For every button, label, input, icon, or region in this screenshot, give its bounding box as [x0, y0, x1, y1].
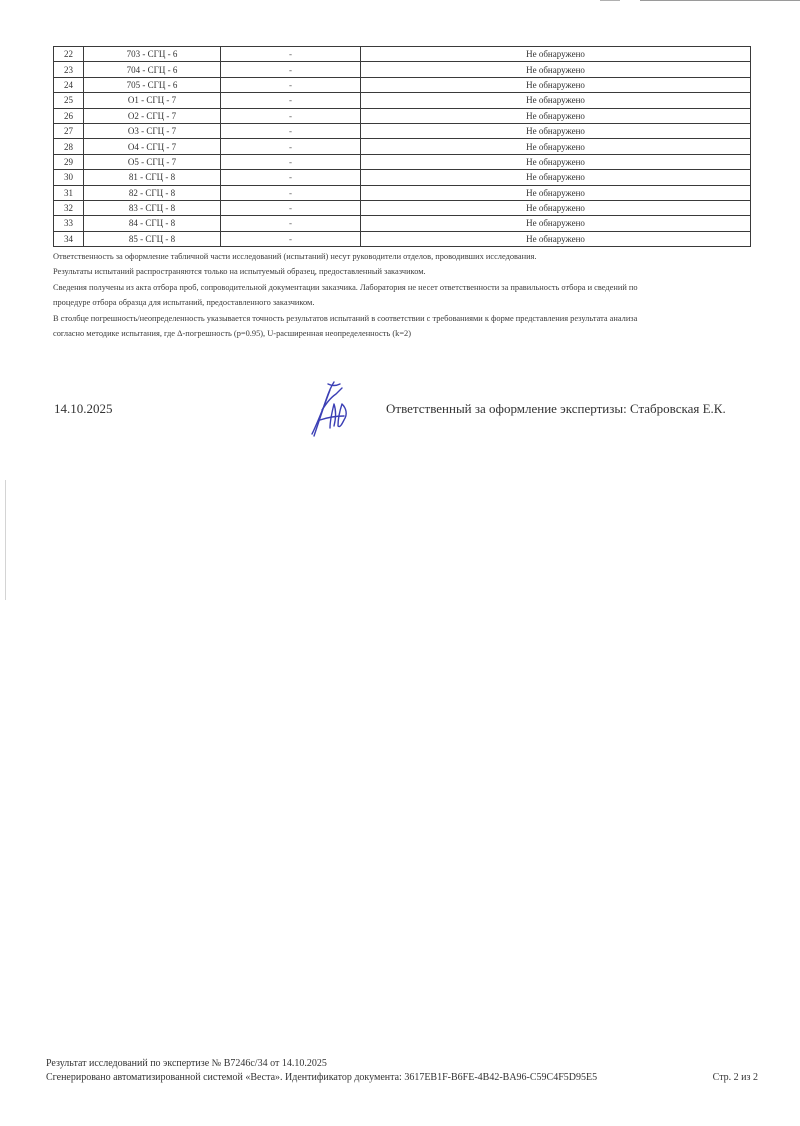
scan-artifact-top	[640, 0, 800, 1]
table-row: 22703 - СГЦ - 6-Не обнаружено	[54, 47, 751, 62]
table-row: 26O2 - СГЦ - 7-Не обнаружено	[54, 108, 751, 123]
measured-value: -	[221, 154, 361, 169]
measured-value: -	[221, 123, 361, 138]
result-value: Не обнаружено	[361, 216, 751, 231]
result-value: Не обнаружено	[361, 200, 751, 215]
result-value: Не обнаружено	[361, 154, 751, 169]
row-number: 26	[54, 108, 84, 123]
table-row: 3384 - СГЦ - 8-Не обнаружено	[54, 216, 751, 231]
row-number: 29	[54, 154, 84, 169]
sample-id: O3 - СГЦ - 7	[84, 123, 221, 138]
result-value: Не обнаружено	[361, 170, 751, 185]
page-footer: Результат исследований по экспертизе № В…	[46, 1057, 766, 1085]
row-number: 24	[54, 77, 84, 92]
sample-id: O4 - СГЦ - 7	[84, 139, 221, 154]
footer-doc-id: Сгенерировано автоматизированной системо…	[46, 1071, 597, 1085]
measured-value: -	[221, 185, 361, 200]
result-value: Не обнаружено	[361, 93, 751, 108]
measured-value: -	[221, 93, 361, 108]
sample-id: 81 - СГЦ - 8	[84, 170, 221, 185]
measured-value: -	[221, 77, 361, 92]
row-number: 28	[54, 139, 84, 154]
handwritten-signature-icon	[300, 376, 360, 440]
table-row: 24705 - СГЦ - 6-Не обнаружено	[54, 77, 751, 92]
table-row: 3283 - СГЦ - 8-Не обнаружено	[54, 200, 751, 215]
sample-id: 705 - СГЦ - 6	[84, 77, 221, 92]
page-number: Стр. 2 из 2	[713, 1071, 758, 1085]
table-row: 23704 - СГЦ - 6-Не обнаружено	[54, 62, 751, 77]
sample-id: 703 - СГЦ - 6	[84, 47, 221, 62]
notes-section: Ответственность за оформление табличной …	[53, 249, 763, 341]
results-table-body: 22703 - СГЦ - 6-Не обнаружено23704 - СГЦ…	[54, 47, 751, 247]
note-responsibility: Ответственность за оформление табличной …	[53, 249, 763, 264]
footer-expertise-ref: Результат исследований по экспертизе № В…	[46, 1057, 766, 1071]
responsible-person: Ответственный за оформление экспертизы: …	[386, 401, 726, 417]
table-row: 3485 - СГЦ - 8-Не обнаружено	[54, 231, 751, 246]
scan-artifact-left	[5, 480, 6, 600]
result-value: Не обнаружено	[361, 62, 751, 77]
note-results-scope: Результаты испытаний распространяются то…	[53, 264, 763, 279]
table-row: 3182 - СГЦ - 8-Не обнаружено	[54, 185, 751, 200]
row-number: 30	[54, 170, 84, 185]
sample-id: 84 - СГЦ - 8	[84, 216, 221, 231]
result-value: Не обнаружено	[361, 123, 751, 138]
note-sampling-source-cont: процедуре отбора образца для испытаний, …	[53, 295, 763, 310]
row-number: 33	[54, 216, 84, 231]
table-row: 3081 - СГЦ - 8-Не обнаружено	[54, 170, 751, 185]
row-number: 31	[54, 185, 84, 200]
result-value: Не обнаружено	[361, 77, 751, 92]
row-number: 32	[54, 200, 84, 215]
sample-id: 82 - СГЦ - 8	[84, 185, 221, 200]
row-number: 22	[54, 47, 84, 62]
row-number: 23	[54, 62, 84, 77]
sample-id: O2 - СГЦ - 7	[84, 108, 221, 123]
note-sampling-source: Сведения получены из акта отбора проб, с…	[53, 280, 763, 295]
measured-value: -	[221, 200, 361, 215]
sample-id: O1 - СГЦ - 7	[84, 93, 221, 108]
results-table: 22703 - СГЦ - 6-Не обнаружено23704 - СГЦ…	[53, 46, 751, 247]
measured-value: -	[221, 108, 361, 123]
result-value: Не обнаружено	[361, 231, 751, 246]
table-row: 28O4 - СГЦ - 7-Не обнаружено	[54, 139, 751, 154]
measured-value: -	[221, 62, 361, 77]
row-number: 25	[54, 93, 84, 108]
footer-line2: Сгенерировано автоматизированной системо…	[46, 1071, 766, 1085]
row-number: 27	[54, 123, 84, 138]
result-value: Не обнаружено	[361, 139, 751, 154]
sample-id: 83 - СГЦ - 8	[84, 200, 221, 215]
sample-id: 85 - СГЦ - 8	[84, 231, 221, 246]
signature-date: 14.10.2025	[54, 401, 113, 417]
measured-value: -	[221, 231, 361, 246]
table-row: 29O5 - СГЦ - 7-Не обнаружено	[54, 154, 751, 169]
result-value: Не обнаружено	[361, 108, 751, 123]
note-uncertainty-cont: согласно методике испытания, где Δ-погре…	[53, 326, 763, 341]
measured-value: -	[221, 47, 361, 62]
measured-value: -	[221, 170, 361, 185]
result-value: Не обнаружено	[361, 47, 751, 62]
result-value: Не обнаружено	[361, 185, 751, 200]
sample-id: 704 - СГЦ - 6	[84, 62, 221, 77]
note-uncertainty: В столбце погрешность/неопределенность у…	[53, 311, 763, 326]
measured-value: -	[221, 216, 361, 231]
measured-value: -	[221, 139, 361, 154]
table-row: 27O3 - СГЦ - 7-Не обнаружено	[54, 123, 751, 138]
table-row: 25O1 - СГЦ - 7-Не обнаружено	[54, 93, 751, 108]
scan-artifact-top-left	[600, 0, 620, 1]
row-number: 34	[54, 231, 84, 246]
sample-id: O5 - СГЦ - 7	[84, 154, 221, 169]
